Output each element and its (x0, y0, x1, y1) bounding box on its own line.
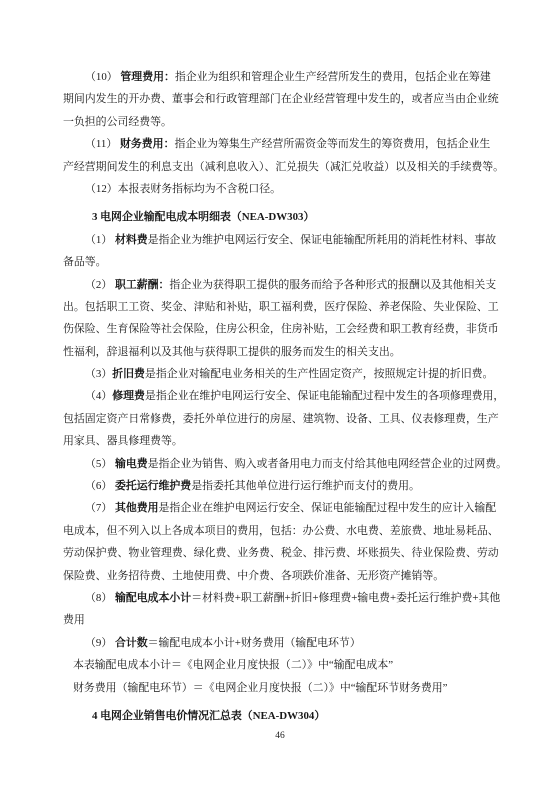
text-run: 期间内发生的开办费、董事会和行政管理部门在企业经营管理中发生的，或者应当由企业统 (63, 93, 499, 105)
document-line: 包括固定资产日常修费，委托外单位进行的房屋、建筑物、设备、工具、仪表修理费，生产 (63, 408, 499, 430)
text-run: 材料费 (115, 234, 148, 246)
document-line: （3）折旧费是指企业对输配电业务相关的生产性固定资产，按照规定计提的折旧费。 (63, 363, 499, 385)
text-run: （12）本报表财务指标均为不含税口径。 (85, 183, 281, 195)
text-run: 性福利，辞退福利以及其他与获得职工提供的服务而发生的相关支出。 (63, 346, 401, 358)
document-page: （10） 管理费用：指企业为组织和管理企业生产经营所发生的费用，包括企业在筹建期… (0, 0, 560, 791)
document-line: （5） 输电费是指企业为销售、购入或者备用电力而支付给其他电网经营企业的过网费。 (63, 453, 499, 475)
text-run: 折旧费 (112, 368, 145, 380)
section-heading: 3 电网企业输配电成本明细表（NEA-DW303） (63, 206, 499, 228)
text-run: 财务费用（输配电环节）＝《电网企业月度快报（二）》中“输配环节财务费用” (73, 682, 448, 694)
text-run: 保险费、业务招待费、土地使用费、中介费、各项跌价准备、无形资产摊销等。 (63, 570, 444, 582)
document-line: 备品等。 (63, 251, 499, 273)
text-run: （10） (85, 71, 120, 83)
text-run: 财务费用： (120, 138, 174, 150)
text-run: ＝输配电成本小计+财务费用（输配电环节） (148, 637, 361, 649)
text-run: （1） (85, 234, 115, 246)
text-run: 管理费用： (120, 71, 174, 83)
text-run: 指企业为筹集生产经营所需资金等而发生的筹资费用，包括企业生 (174, 138, 490, 150)
text-run: （11） (85, 138, 120, 150)
text-run: （3） (85, 368, 112, 380)
document-line: 电成本，但不列入以上各成本项目的费用，包括：办公费、水电费、差旅费、地址易耗品、 (63, 520, 499, 542)
text-run: 用家具、器具修理费等。 (63, 435, 183, 447)
document-line: 一负担的公司经费等。 (63, 111, 499, 133)
text-run: 委托运行维护费 (115, 480, 191, 492)
text-run: （6） (85, 480, 115, 492)
text-run: 费用 (63, 614, 85, 626)
text-run: 输电费 (115, 458, 148, 470)
text-run: 包括固定资产日常修费，委托外单位进行的房屋、建筑物、设备、工具、仪表修理费，生产 (63, 413, 499, 425)
document-line: 用家具、器具修理费等。 (63, 430, 499, 452)
text-run: 是指企业对输配电业务相关的生产性固定资产，按照规定计提的折旧费。 (145, 368, 494, 380)
text-run: （5） (85, 458, 115, 470)
text-run: 是指企业为维护电网运行安全、保证电能输配所耗用的消耗性材料、事故 (148, 234, 497, 246)
text-run: ＝材料费+职工薪酬+折旧+修理费+输电费+委托运行维护费+其他 (191, 592, 500, 604)
text-run: 电成本，但不列入以上各成本项目的费用，包括：办公费、水电费、差旅费、地址易耗品、 (63, 525, 499, 537)
document-line: 期间内发生的开办费、董事会和行政管理部门在企业经营管理中发生的，或者应当由企业统 (63, 88, 499, 110)
document-line: （8） 输配电成本小计＝材料费+职工薪酬+折旧+修理费+输电费+委托运行维护费+… (63, 587, 499, 609)
document-line: 出。包括职工工资、奖金、津贴和补贴，职工福利费，医疗保险、养老保险、失业保险、工 (63, 296, 499, 318)
text-run: 是指企业在维护电网运行安全、保证电能输配过程中发生的应计入输配 (159, 502, 497, 514)
text-run: 修理费 (112, 390, 145, 402)
document-line: （4）修理费是指企业在维护电网运行安全、保证电能输配过程中发生的各项修理费用， (63, 385, 499, 407)
document-line: 产经营期间发生的利息支出（减利息收入）、汇兑损失（减汇兑收益）以及相关的手续费等… (63, 156, 499, 178)
document-line: 费用 (63, 609, 499, 631)
document-line: 劳动保护费、物业管理费、绿化费、业务费、税金、排污费、坏账损失、待业保险费、劳动 (63, 542, 499, 564)
document-body: （10） 管理费用：指企业为组织和管理企业生产经营所发生的费用，包括企业在筹建期… (63, 66, 499, 727)
text-run: 产经营期间发生的利息支出（减利息收入）、汇兑损失（减汇兑收益）以及相关的手续费等… (63, 161, 504, 173)
document-line: 伤保险、生育保险等社会保险，住房公积金，住房补贴，工会经费和职工教育经费，非货币 (63, 318, 499, 340)
document-line: （12）本报表财务指标均为不含税口径。 (63, 178, 499, 200)
document-line: （11） 财务费用：指企业为筹集生产经营所需资金等而发生的筹资费用，包括企业生 (63, 133, 499, 155)
text-run: 出。包括职工工资、奖金、津贴和补贴，职工福利费，医疗保险、养老保险、失业保险、工 (63, 301, 499, 313)
text-run: 是指企业在维护电网运行安全、保证电能输配过程中发生的各项修理费用， (145, 390, 504, 402)
document-line: 性福利，辞退福利以及其他与获得职工提供的服务而发生的相关支出。 (63, 341, 499, 363)
text-run: 是指企业为销售、购入或者备用电力而支付给其他电网经营企业的过网费。 (148, 458, 507, 470)
text-run: 指企业为组织和管理企业生产经营所发生的费用，包括企业在筹建 (175, 71, 491, 83)
text-run: （8） (85, 592, 115, 604)
text-run: （9） (85, 637, 115, 649)
section-heading: 4 电网企业销售电价情况汇总表（NEA-DW304） (63, 705, 499, 727)
text-run: （2） (85, 279, 115, 291)
text-run: 4 电网企业销售电价情况汇总表（NEA-DW304） (92, 710, 325, 722)
text-run: （4） (85, 390, 112, 402)
document-line: （7） 其他费用是指企业在维护电网运行安全、保证电能输配过程中发生的应计入输配 (63, 497, 499, 519)
document-line: （9） 合计数＝输配电成本小计+财务费用（输配电环节） (63, 632, 499, 654)
text-run: 伤保险、生育保险等社会保险，住房公积金，住房补贴，工会经费和职工教育经费，非货币 (63, 323, 499, 335)
text-run: 一负担的公司经费等。 (63, 116, 172, 128)
text-run: 3 电网企业输配电成本明细表（NEA-DW303） (92, 211, 314, 223)
document-line: 保险费、业务招待费、土地使用费、中介费、各项跌价准备、无形资产摊销等。 (63, 565, 499, 587)
text-run: 是指委托其他单位进行运行维护而支付的费用。 (191, 480, 420, 492)
document-line: （2） 职工薪酬：指企业为获得职工提供的服务而给予各种形式的报酬以及其他相关支 (63, 274, 499, 296)
text-run: 输配电成本小计 (115, 592, 191, 604)
text-run: 劳动保护费、物业管理费、绿化费、业务费、税金、排污费、坏账损失、待业保险费、劳动 (63, 547, 499, 559)
text-run: 其他费用 (115, 502, 159, 514)
document-line: （10） 管理费用：指企业为组织和管理企业生产经营所发生的费用，包括企业在筹建 (63, 66, 499, 88)
text-run: 职工薪酬： (115, 279, 169, 291)
document-line: 本表输配电成本小计＝《电网企业月度快报（二）》中“输配电成本” (63, 654, 499, 676)
page-number: 46 (0, 731, 560, 741)
text-run: 本表输配电成本小计＝《电网企业月度快报（二）》中“输配电成本” (73, 659, 393, 671)
document-line: 财务费用（输配电环节）＝《电网企业月度快报（二）》中“输配环节财务费用” (63, 677, 499, 699)
text-run: 备品等。 (63, 256, 107, 268)
text-run: （7） (85, 502, 115, 514)
document-line: （6） 委托运行维护费是指委托其他单位进行运行维护而支付的费用。 (63, 475, 499, 497)
text-run: 合计数 (115, 637, 148, 649)
document-line: （1） 材料费是指企业为维护电网运行安全、保证电能输配所耗用的消耗性材料、事故 (63, 229, 499, 251)
text-run: 指企业为获得职工提供的服务而给予各种形式的报酬以及其他相关支 (169, 279, 496, 291)
